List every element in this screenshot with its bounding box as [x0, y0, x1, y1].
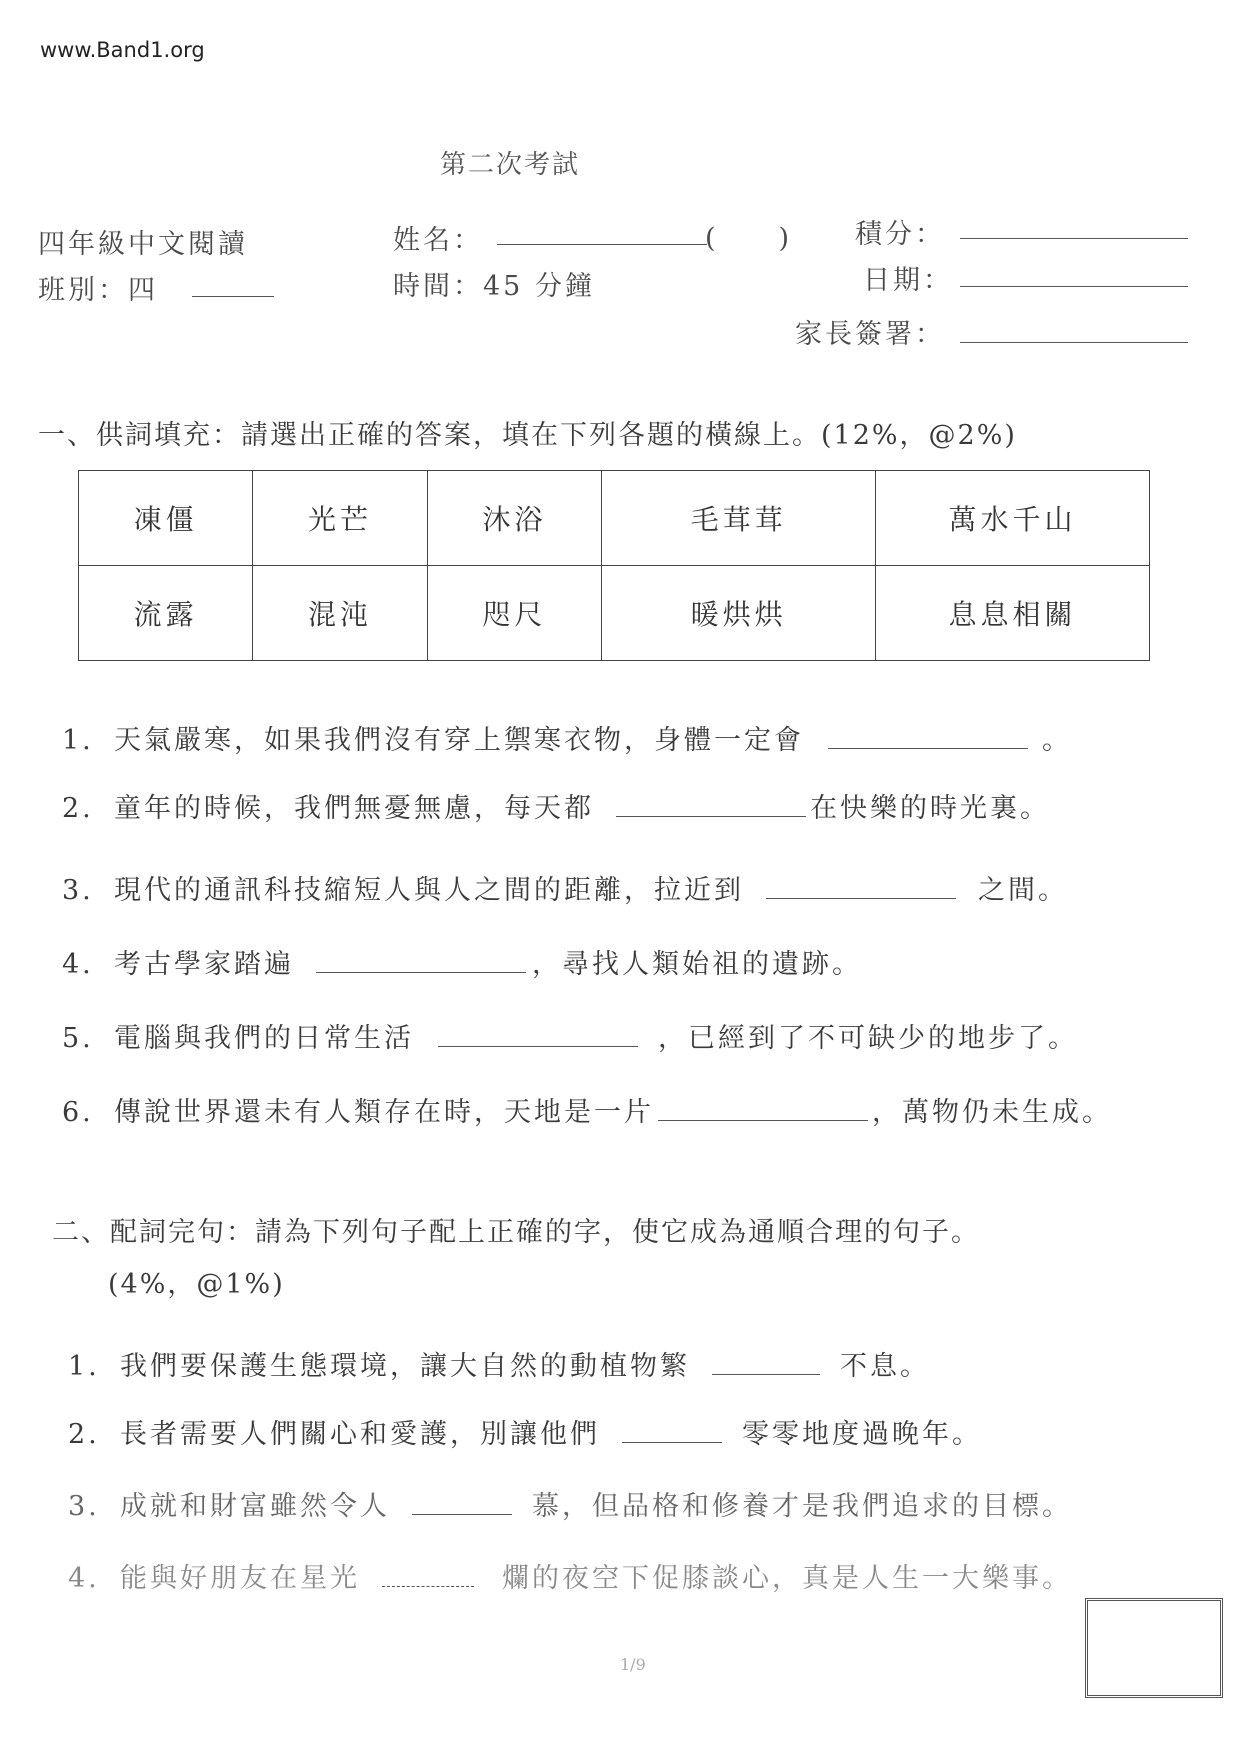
question-text-after: ，萬物仍未生成。	[872, 1097, 1112, 1128]
question-number: 5.	[62, 1023, 114, 1054]
question-text-after: 慕，但品格和修養才是我們追求的目標。	[532, 1491, 1072, 1522]
parent-sign-blank[interactable]	[960, 342, 1188, 343]
s2-question-3: 3.成就和財富雖然令人慕，但品格和修養才是我們追求的目標。	[68, 1484, 1072, 1523]
question-text-before: 長者需要人們關心和愛護，別讓他們	[120, 1419, 600, 1450]
class-blank[interactable]	[192, 296, 274, 297]
question-number: 1.	[68, 1351, 120, 1382]
question-text-after: 不息。	[840, 1351, 930, 1382]
question-number: 6.	[62, 1097, 114, 1128]
s1-question-5: 5.電腦與我們的日常生活，已經到了不可缺少的地步了。	[62, 1016, 1078, 1055]
question-text-before: 成就和財富雖然令人	[120, 1491, 390, 1522]
answer-blank[interactable]	[382, 1564, 474, 1587]
watermark: www.Band1.org	[40, 38, 205, 62]
score-label: 積分：	[855, 212, 945, 251]
s2-question-2: 2.長者需要人們關心和愛護，別讓他們零零地度過晚年。	[68, 1412, 982, 1451]
answer-blank[interactable]	[622, 1420, 722, 1443]
exam-title: 第二次考試	[440, 144, 580, 181]
answer-blank[interactable]	[766, 876, 956, 899]
question-text-after: 爛的夜空下促膝談心，真是人生一大樂事。	[502, 1563, 1072, 1594]
question-number: 4.	[62, 949, 114, 980]
word-bank-row: 流露 混沌 咫尺 暖烘烘 息息相關	[79, 566, 1150, 661]
score-box[interactable]	[1085, 1598, 1223, 1698]
student-number-paren[interactable]: ( )	[705, 216, 792, 255]
date-blank[interactable]	[960, 286, 1188, 287]
answer-blank[interactable]	[316, 950, 526, 973]
question-number: 3.	[62, 875, 114, 906]
question-text-before: 現代的通訊科技縮短人與人之間的距離，拉近到	[114, 875, 744, 906]
word-bank-table: 凍僵 光芒 沐浴 毛茸茸 萬水千山 流露 混沌 咫尺 暖烘烘 息息相關	[78, 470, 1150, 661]
s1-question-2: 2.童年的時候，我們無憂無慮，每天都在快樂的時光裏。	[62, 786, 1050, 825]
question-number: 4.	[68, 1563, 120, 1594]
answer-blank[interactable]	[828, 726, 1028, 749]
question-number: 3.	[68, 1491, 120, 1522]
question-text-after: 之間。	[978, 875, 1068, 906]
s1-question-1: 1.天氣嚴寒，如果我們沒有穿上禦寒衣物，身體一定會。	[62, 718, 1072, 757]
question-text-before: 我們要保護生態環境，讓大自然的動植物繁	[120, 1351, 690, 1382]
question-text-after: 零零地度過晚年。	[742, 1419, 982, 1450]
question-text-before: 電腦與我們的日常生活	[114, 1023, 414, 1054]
s1-question-4: 4.考古學家踏遍，尋找人類始祖的遺跡。	[62, 942, 862, 981]
word-bank-cell: 毛茸茸	[602, 471, 876, 566]
s1-question-6: 6.傳說世界還未有人類存在時，天地是一片，萬物仍未生成。	[62, 1090, 1112, 1129]
question-text-after: 。	[1042, 725, 1072, 756]
question-text-before: 天氣嚴寒，如果我們沒有穿上禦寒衣物，身體一定會	[114, 725, 804, 756]
word-bank-cell: 沐浴	[427, 471, 601, 566]
s2-question-4: 4.能與好朋友在星光爛的夜空下促膝談心，真是人生一大樂事。	[68, 1556, 1072, 1595]
date-label: 日期：	[863, 258, 953, 297]
section2-title: 二、配詞完句：請為下列句子配上正確的字，使它成為通順合理的句子。	[52, 1210, 980, 1249]
score-blank[interactable]	[960, 238, 1188, 239]
time-label: 時間：45 分鐘	[393, 264, 595, 303]
section2-marks: (4%，@1%)	[108, 1262, 285, 1301]
section1-title: 一、供詞填充：請選出正確的答案，填在下列各題的橫線上。(12%，@2%)	[38, 413, 1017, 452]
word-bank-cell: 息息相關	[876, 566, 1150, 661]
word-bank-cell: 流露	[79, 566, 253, 661]
question-text-after: ，已經到了不可缺少的地步了。	[658, 1023, 1078, 1054]
question-text-before: 傳說世界還未有人類存在時，天地是一片	[114, 1097, 654, 1128]
s2-question-1: 1.我們要保護生態環境，讓大自然的動植物繁不息。	[68, 1344, 930, 1383]
question-text-after: ，尋找人類始祖的遺跡。	[532, 949, 862, 980]
answer-blank[interactable]	[616, 794, 806, 817]
word-bank-cell: 暖烘烘	[602, 566, 876, 661]
question-number: 1.	[62, 725, 114, 756]
question-text-after: 在快樂的時光裏。	[810, 793, 1050, 824]
subject-label: 四年級中文閱讀	[38, 222, 248, 261]
question-text-before: 童年的時候，我們無憂無慮，每天都	[114, 793, 594, 824]
question-text-before: 考古學家踏遍	[114, 949, 294, 980]
word-bank-cell: 咫尺	[427, 566, 601, 661]
answer-blank[interactable]	[438, 1024, 638, 1047]
word-bank-cell: 光芒	[253, 471, 427, 566]
answer-blank[interactable]	[658, 1098, 868, 1121]
answer-blank[interactable]	[412, 1492, 512, 1515]
word-bank-row: 凍僵 光芒 沐浴 毛茸茸 萬水千山	[79, 471, 1150, 566]
question-number: 2.	[68, 1419, 120, 1450]
parent-sign-label: 家長簽署：	[795, 312, 945, 351]
answer-blank[interactable]	[712, 1352, 820, 1375]
question-number: 2.	[62, 793, 114, 824]
question-text-before: 能與好朋友在星光	[120, 1563, 360, 1594]
word-bank-cell: 萬水千山	[876, 471, 1150, 566]
page-number: 1/9	[620, 1655, 646, 1674]
name-label: 姓名：	[393, 218, 483, 257]
name-blank[interactable]	[497, 244, 707, 245]
word-bank-cell: 混沌	[253, 566, 427, 661]
word-bank-cell: 凍僵	[79, 471, 253, 566]
s1-question-3: 3.現代的通訊科技縮短人與人之間的距離，拉近到之間。	[62, 868, 1068, 907]
class-label: 班別：四	[38, 268, 158, 307]
